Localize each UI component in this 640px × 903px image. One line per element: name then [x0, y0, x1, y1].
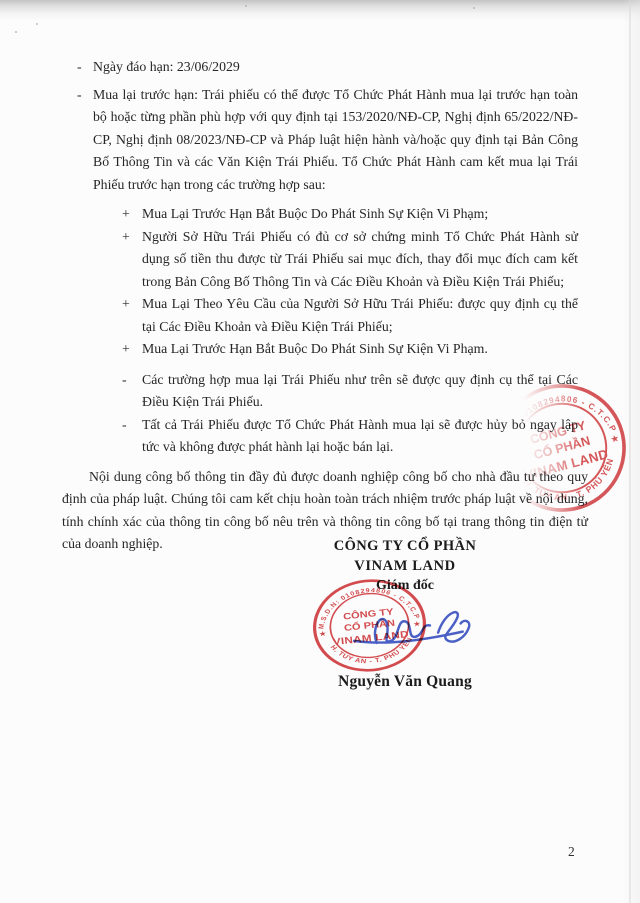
signature-flourish-stroke	[438, 612, 469, 641]
list-item-level2: +Mua Lại Theo Yêu Cầu của Người Sở Hữu T…	[62, 293, 578, 338]
list-item-level1: -Ngày đáo hạn: 23/06/2029	[62, 56, 578, 79]
page-top-edge-shadow	[0, 0, 640, 22]
dash-marker: -	[122, 369, 127, 392]
list-item-level1: -Mua lại trước hạn: Trái phiếu có thể đư…	[62, 84, 578, 197]
company-name-line1: CÔNG TY CỔ PHẦN	[255, 536, 555, 556]
list-item-text: Mua Lại Trước Hạn Bắt Buộc Do Phát Sinh …	[142, 206, 488, 221]
page-number: 2	[568, 844, 575, 860]
list-item-level2: +Mua Lại Trước Hạn Bắt Buộc Do Phát Sinh…	[62, 203, 578, 226]
dash-marker: -	[122, 414, 127, 437]
plus-marker: +	[122, 293, 130, 316]
stamp-star-left: ★	[506, 461, 518, 474]
bullet-list-level1: -Ngày đáo hạn: 23/06/2029 -Mua lại trước…	[62, 56, 588, 196]
scan-speck	[15, 31, 17, 33]
plus-marker: +	[122, 338, 130, 361]
dash-marker: -	[77, 84, 82, 107]
plus-marker: +	[122, 203, 130, 226]
list-item-text: Mua Lại Theo Yêu Cầu của Người Sở Hữu Tr…	[142, 296, 578, 334]
signature-ink	[348, 597, 476, 655]
plus-marker: +	[122, 226, 130, 249]
stamp-star-right: ★	[609, 433, 621, 446]
scanned-document-page: -Ngày đáo hạn: 23/06/2029 -Mua lại trước…	[0, 0, 640, 903]
scan-speck	[473, 7, 475, 9]
list-item-text: Mua Lại Trước Hạn Bắt Buộc Do Phát Sinh …	[142, 341, 488, 356]
scan-speck	[36, 23, 38, 25]
dash-marker: -	[77, 56, 82, 79]
list-item-text: Ngày đáo hạn: 23/06/2029	[93, 59, 240, 74]
signer-name: Nguyễn Văn Quang	[255, 672, 555, 692]
list-item-level2: +Mua Lại Trước Hạn Bắt Buộc Do Phát Sinh…	[62, 338, 578, 361]
bullet-list-level2-plus: +Mua Lại Trước Hạn Bắt Buộc Do Phát Sinh…	[62, 203, 578, 361]
scan-speck	[245, 5, 247, 7]
stamp-star-left: ★	[318, 630, 327, 639]
list-item-text: Mua lại trước hạn: Trái phiếu có thể đượ…	[93, 87, 578, 192]
list-item-text: Người Sở Hữu Trái Phiếu có đủ cơ sở chứn…	[142, 229, 578, 289]
list-item-level2: +Người Sở Hữu Trái Phiếu có đủ cơ sở chứ…	[62, 226, 578, 294]
